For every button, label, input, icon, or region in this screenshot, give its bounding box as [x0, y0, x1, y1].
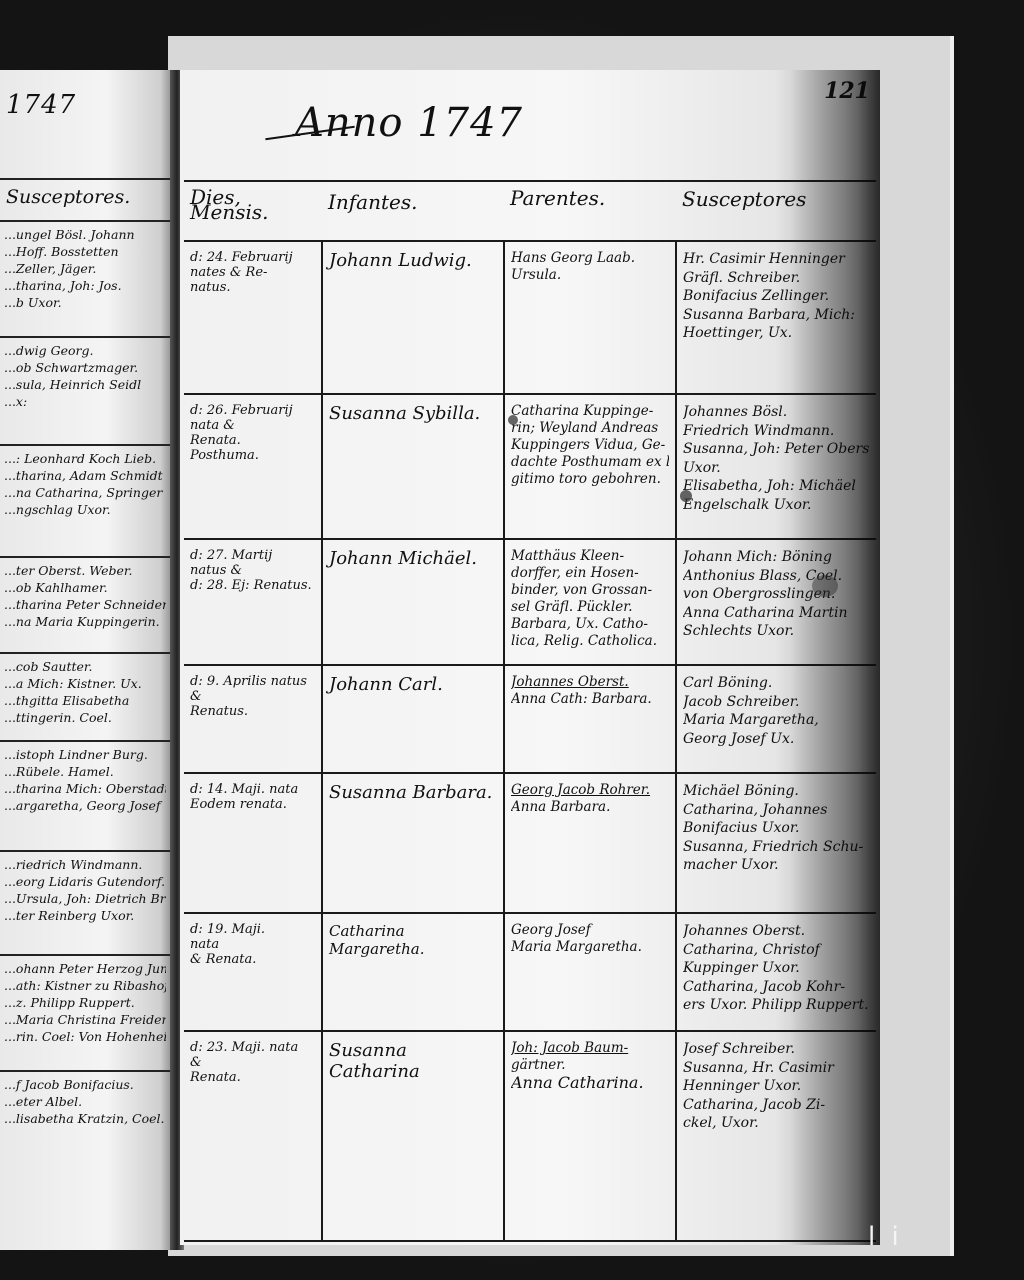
- table-row: d: 9. Aprilis natus & Renatus. Johann Ca…: [184, 665, 876, 773]
- sponsors-cell: Carl Böning. Jacob Schreiber. Maria Marg…: [676, 665, 876, 773]
- left-entry: ...cob Sautter....a Mich: Kistner. Ux...…: [0, 654, 170, 742]
- parents-cell: Johannes Oberst. Anna Cath: Barbara.: [504, 665, 676, 773]
- parents-cell: Georg Josef Maria Margaretha.: [504, 913, 676, 1031]
- infant-name-cell: Susanna Barbara.: [322, 773, 504, 913]
- date-cell: d: 9. Aprilis natus & Renatus.: [184, 665, 322, 773]
- ink-blot: [508, 415, 518, 425]
- table-row: d: 19. Maji. nata & Renata. Catharina Ma…: [184, 913, 876, 1031]
- sponsors-cell: Josef Schreiber. Susanna, Hr. Casimir He…: [676, 1031, 876, 1241]
- ink-blot: [680, 490, 692, 502]
- parents-cell: Matthäus Kleen- dorffer, ein Hosen- bind…: [504, 539, 676, 665]
- table-row: d: 27. Martij natus & d: 28. Ej: Renatus…: [184, 539, 876, 665]
- left-page-year: 1747: [6, 90, 76, 120]
- left-entry: ...: Leonhard Koch Lieb....tharina, Adam…: [0, 446, 170, 558]
- parents-cell: Joh: Jacob Baum- gärtner. Anna Catharina…: [504, 1031, 676, 1241]
- infant-name-cell: Catharina Margaretha.: [322, 913, 504, 1031]
- infant-name-cell: Johann Ludwig.: [322, 241, 504, 394]
- sponsors-cell: Johannes Bösl. Friedrich Windmann. Susan…: [676, 394, 876, 539]
- infant-name-cell: Susanna Catharina: [322, 1031, 504, 1241]
- column-header-date: Dies, Mensis.: [184, 181, 322, 241]
- table-row: d: 26. Februarij nata & Renata. Posthuma…: [184, 394, 876, 539]
- sponsors-cell: Hr. Casimir Henninger Gräfl. Schreiber. …: [676, 241, 876, 394]
- scan-footer-mark: l i: [868, 1222, 903, 1252]
- table-row: d: 23. Maji. nata & Renata. Susanna Cath…: [184, 1031, 876, 1241]
- register-page: Anno 1747 121 Dies, Mensis. Infantes. Pa…: [180, 70, 880, 1245]
- left-entry: ...ter Oberst. Weber....ob Kahlhamer....…: [0, 558, 170, 654]
- sponsors-cell: Johannes Oberst. Catharina, Christof Kup…: [676, 913, 876, 1031]
- date-cell: d: 24. Februarij nates & Re- natus.: [184, 241, 322, 394]
- table-row: d: 24. Februarij nates & Re- natus. Joha…: [184, 241, 876, 394]
- column-header-sponsors: Susceptores: [676, 181, 876, 241]
- infant-name-cell: Johann Michäel.: [322, 539, 504, 665]
- left-entry: ...riedrich Windmann....eorg Lidaris Gut…: [0, 852, 170, 956]
- date-cell: d: 23. Maji. nata & Renata.: [184, 1031, 322, 1241]
- left-entry: ...ohann Peter Herzog Jun....ath: Kistne…: [0, 956, 170, 1072]
- left-page-column-header: Susceptores.: [0, 178, 170, 222]
- parents-cell: Catharina Kuppinge- rin; Weyland Andreas…: [504, 394, 676, 539]
- left-entry: ...dwig Georg....ob Schwartzmager....sul…: [0, 338, 170, 446]
- left-page-header-label: Susceptores.: [6, 186, 130, 208]
- page-number: 121: [824, 78, 870, 104]
- date-cell: d: 27. Martij natus & d: 28. Ej: Renatus…: [184, 539, 322, 665]
- column-header-parents: Parentes.: [504, 181, 676, 241]
- date-cell: d: 26. Februarij nata & Renata. Posthuma…: [184, 394, 322, 539]
- table-header-row: Dies, Mensis. Infantes. Parentes. Suscep…: [184, 181, 876, 241]
- baptism-register-table: Dies, Mensis. Infantes. Parentes. Suscep…: [184, 180, 876, 1242]
- page-title: Anno 1747: [295, 100, 523, 146]
- parents-cell: Hans Georg Laab. Ursula.: [504, 241, 676, 394]
- left-entry: ...f Jacob Bonifacius....eter Albel....l…: [0, 1072, 170, 1182]
- date-cell: d: 19. Maji. nata & Renata.: [184, 913, 322, 1031]
- sponsors-cell: Michäel Böning. Catharina, Johannes Boni…: [676, 773, 876, 913]
- left-facing-page: 1747 Susceptores. ...ungel Bösl. Johann.…: [0, 70, 178, 1250]
- left-entry: ...istoph Lindner Burg....Rübele. Hamel.…: [0, 742, 170, 852]
- ink-stain: [812, 575, 838, 597]
- parents-cell: Georg Jacob Rohrer. Anna Barbara.: [504, 773, 676, 913]
- date-cell: d: 14. Maji. nata Eodem renata.: [184, 773, 322, 913]
- sponsors-cell: Johann Mich: Böning Anthonius Blass, Coe…: [676, 539, 876, 665]
- infant-name-cell: Susanna Sybilla.: [322, 394, 504, 539]
- left-entry: ...ungel Bösl. Johann...Hoff. Bosstetten…: [0, 222, 170, 338]
- table-row: d: 14. Maji. nata Eodem renata. Susanna …: [184, 773, 876, 913]
- infant-name-cell: Johann Carl.: [322, 665, 504, 773]
- column-header-infant: Infantes.: [322, 181, 504, 241]
